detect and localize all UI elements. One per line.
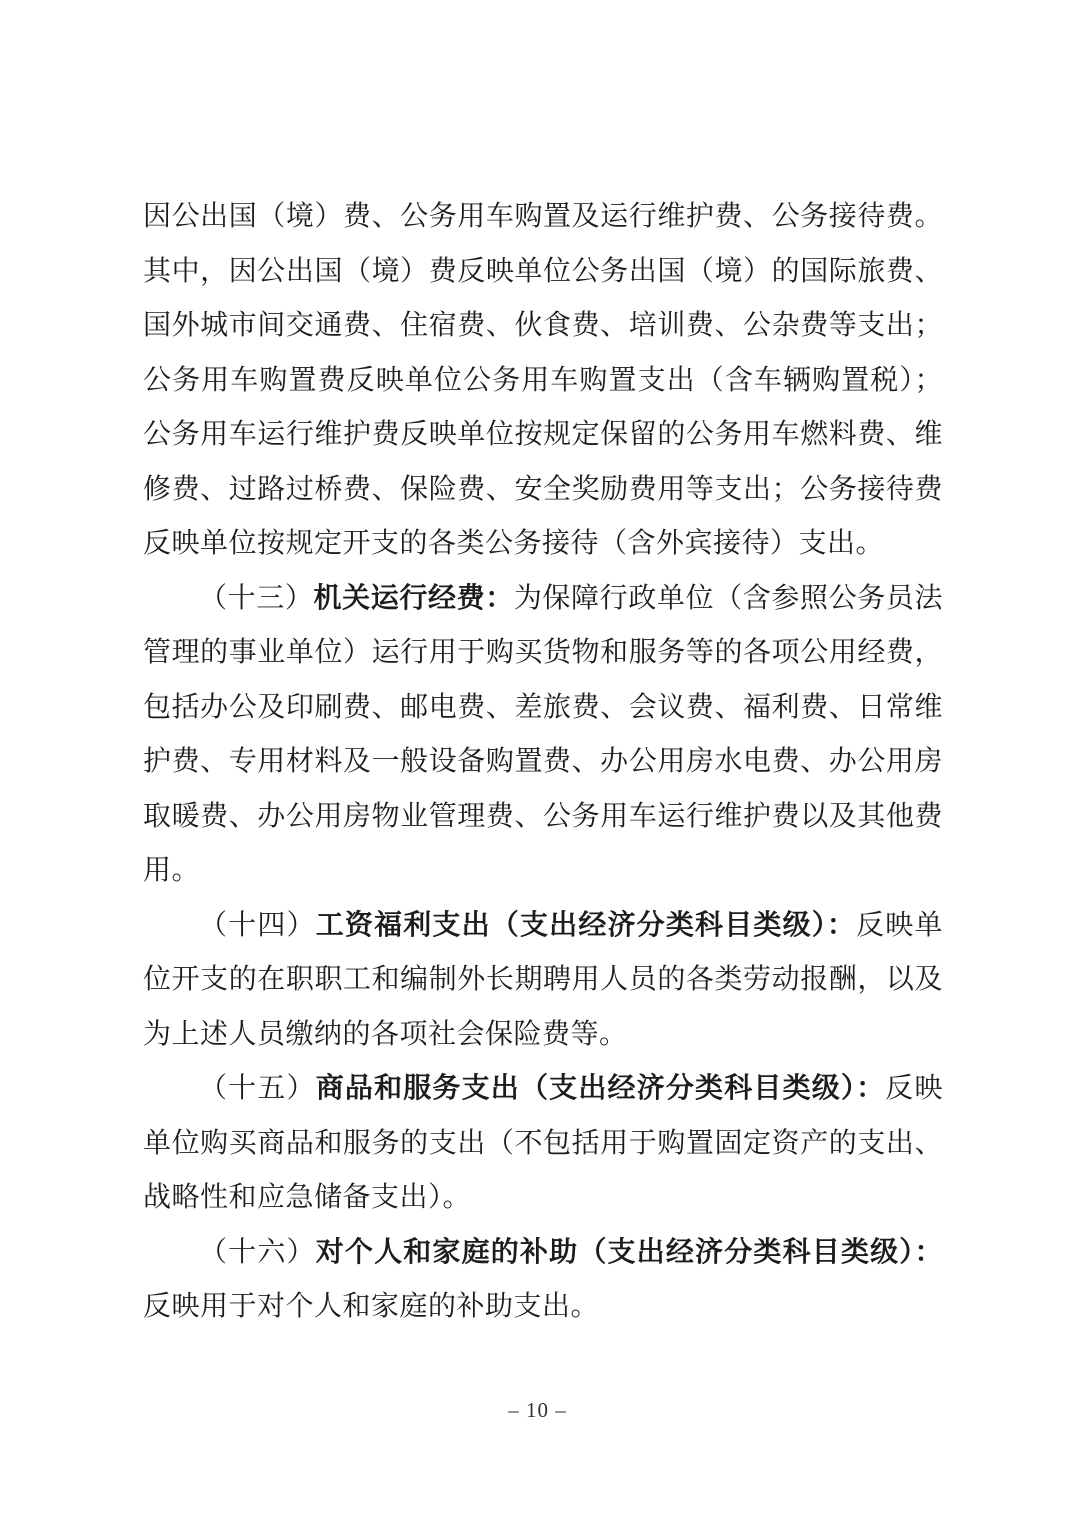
paragraph: （十五）商品和服务支出（支出经济分类科目类级）：反映单位购买商品和服务的支出（不… (143, 1062, 943, 1226)
text-segment: 反映用于对个人和家庭的补助支出。 (143, 1291, 599, 1322)
heading-text-segment: 对个人和家庭的补助（支出经济分类科目类级）： (316, 1237, 943, 1268)
text-segment: （十三） (199, 583, 313, 614)
document-body: 因公出国（境）费、公务用车购置及运行维护费、公务接待费。其中，因公出国（境）费反… (143, 190, 943, 1335)
paragraph: 因公出国（境）费、公务用车购置及运行维护费、公务接待费。其中，因公出国（境）费反… (143, 190, 943, 572)
text-segment: （十六） (199, 1237, 316, 1268)
text-segment: 因公出国（境）费、公务用车购置及运行维护费、公务接待费。其中，因公出国（境）费反… (143, 201, 943, 559)
text-segment: 为保障行政单位（含参照公务员法管理的事业单位）运行用于购买货物和服务等的各项公用… (143, 583, 943, 887)
text-segment: （十四） (199, 910, 316, 941)
heading-text-segment: 工资福利支出（支出经济分类科目类级）： (316, 910, 856, 941)
paragraph: （十六）对个人和家庭的补助（支出经济分类科目类级）：反映用于对个人和家庭的补助支… (143, 1226, 943, 1335)
paragraph: （十四）工资福利支出（支出经济分类科目类级）：反映单位开支的在职职工和编制外长期… (143, 899, 943, 1063)
paragraph: （十三）机关运行经费：为保障行政单位（含参照公务员法管理的事业单位）运行用于购买… (143, 572, 943, 899)
text-segment: （十五） (199, 1073, 316, 1104)
page-number: – 10 – (0, 1398, 1075, 1423)
heading-text-segment: 商品和服务支出（支出经济分类科目类级）： (316, 1073, 886, 1104)
heading-text-segment: 机关运行经费： (313, 583, 513, 614)
document-page: 因公出国（境）费、公务用车购置及运行维护费、公务接待费。其中，因公出国（境）费反… (0, 0, 1075, 1520)
